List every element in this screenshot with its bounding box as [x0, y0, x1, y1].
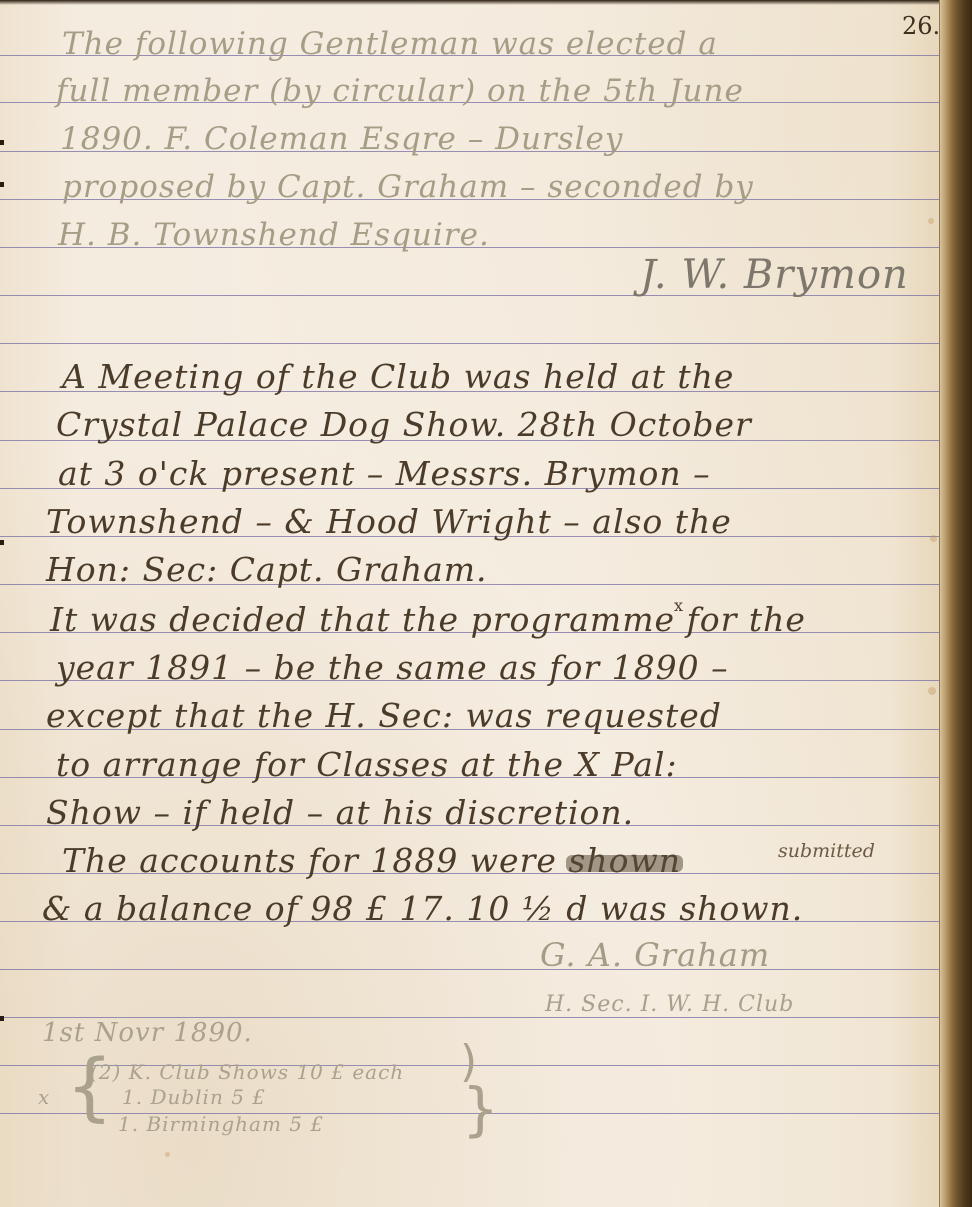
- foxing-stain: [928, 218, 934, 224]
- signature-brymon: J. W. Brymon: [640, 252, 909, 298]
- footnote-item: 1. Birmingham 5 £: [118, 1112, 324, 1136]
- inserted-word-submitted: submitted: [778, 840, 875, 862]
- entry-line: Hon: Sec: Capt. Graham.: [46, 550, 488, 589]
- entry-line: full member (by circular) on the 5th Jun…: [56, 73, 744, 109]
- entry-line: Crystal Palace Dog Show. 28th October: [56, 405, 752, 444]
- top-shadow: [0, 0, 957, 5]
- entry-line: except that the H. Sec: was requested: [46, 696, 722, 735]
- entry-line-text: The accounts for 1889 were: [62, 841, 557, 880]
- margin-tick: [0, 1016, 4, 1021]
- footnote-item: (2) K. Club Shows 10 £ each: [90, 1060, 404, 1084]
- entry-line: year 1891 – be the same as for 1890 –: [56, 648, 729, 687]
- entry-line: It was decided that the programme for th…: [50, 600, 806, 639]
- ruled-line: [0, 343, 955, 344]
- entry-line: Townshend – & Hood Wright – also the: [46, 502, 732, 541]
- struck-word-shown: shown: [568, 841, 681, 880]
- signature-graham: G. A. Graham: [540, 936, 770, 974]
- entry-line-accounts: The accounts for 1889 were shown: [62, 841, 681, 880]
- entry-line: H. B. Townshend Esquire.: [58, 217, 490, 253]
- book-binding: [940, 0, 972, 1207]
- margin-tick: [0, 540, 4, 545]
- entry-line: A Meeting of the Club was held at the: [62, 357, 734, 396]
- footnote-x-mark: x: [38, 1085, 50, 1109]
- ruled-line: [0, 969, 955, 970]
- footnote-item: 1. Dublin 5 £: [122, 1085, 266, 1109]
- margin-tick: [0, 140, 4, 145]
- entry-line: proposed by Capt. Graham – seconded by: [62, 169, 754, 205]
- entry-line: at 3 o'ck present – Messrs. Brymon –: [58, 454, 711, 493]
- notebook-page: 26. The following Gentleman was elected …: [0, 0, 957, 1207]
- foxing-stain: [928, 687, 936, 695]
- entry-line: & a balance of 98 £ 17. 10 ½ d was shown…: [42, 889, 803, 928]
- entry-line: Show – if held – at his discretion.: [46, 793, 634, 832]
- entry-line: to arrange for Classes at the X Pal:: [56, 745, 678, 784]
- margin-tick: [0, 182, 4, 187]
- page-number: 26.: [902, 12, 940, 40]
- foxing-stain: [930, 535, 937, 542]
- entry-line: The following Gentleman was elected a: [62, 26, 718, 62]
- signature-title: H. Sec. I. W. H. Club: [545, 992, 794, 1017]
- right-brace: }: [462, 1080, 499, 1138]
- foxing-stain: [165, 1152, 170, 1157]
- entry-line: 1890. F. Coleman Esqre – Dursley: [60, 121, 623, 157]
